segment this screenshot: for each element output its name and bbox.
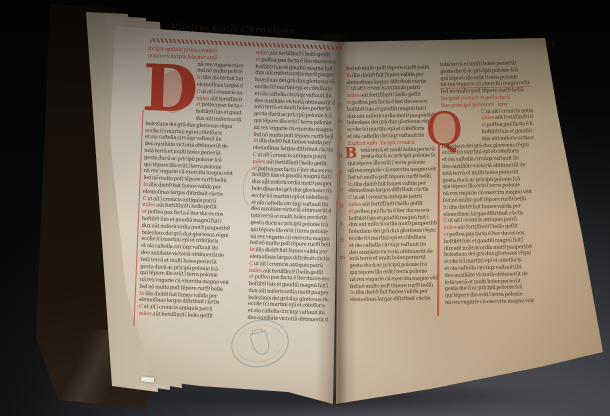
left-page-column-1: D Incipit epiſtola prima cronicepolonorū… <box>139 46 244 321</box>
marginal-letter: c <box>337 181 345 198</box>
photo-background: Martini Galli Chronicon 3 b D Incipit ep… <box>0 0 610 416</box>
marginal-letter: p <box>336 96 344 113</box>
marginal-letter: m <box>338 249 346 266</box>
left-page-column-2: miles aūt fortiſſim9 ī bello geſſitet po… <box>247 50 336 324</box>
folio-number: 3 b <box>545 40 556 48</box>
right-page-column-2: Q totā terrā et multi hoīes perierūtgest… <box>440 60 537 307</box>
marginal-letter: 9 <box>337 198 345 215</box>
right-page-column-1: B pb7aſc9tdm ſed nō multo poſt tēpore ru… <box>346 64 438 303</box>
marginal-letter: 7 <box>336 130 344 147</box>
marginal-letter: a <box>336 147 344 164</box>
marginal-letter: d <box>338 232 346 249</box>
marginal-letter: b <box>336 113 344 130</box>
marginal-letter: t <box>338 215 346 232</box>
marginal-letter: ſ <box>337 164 345 181</box>
